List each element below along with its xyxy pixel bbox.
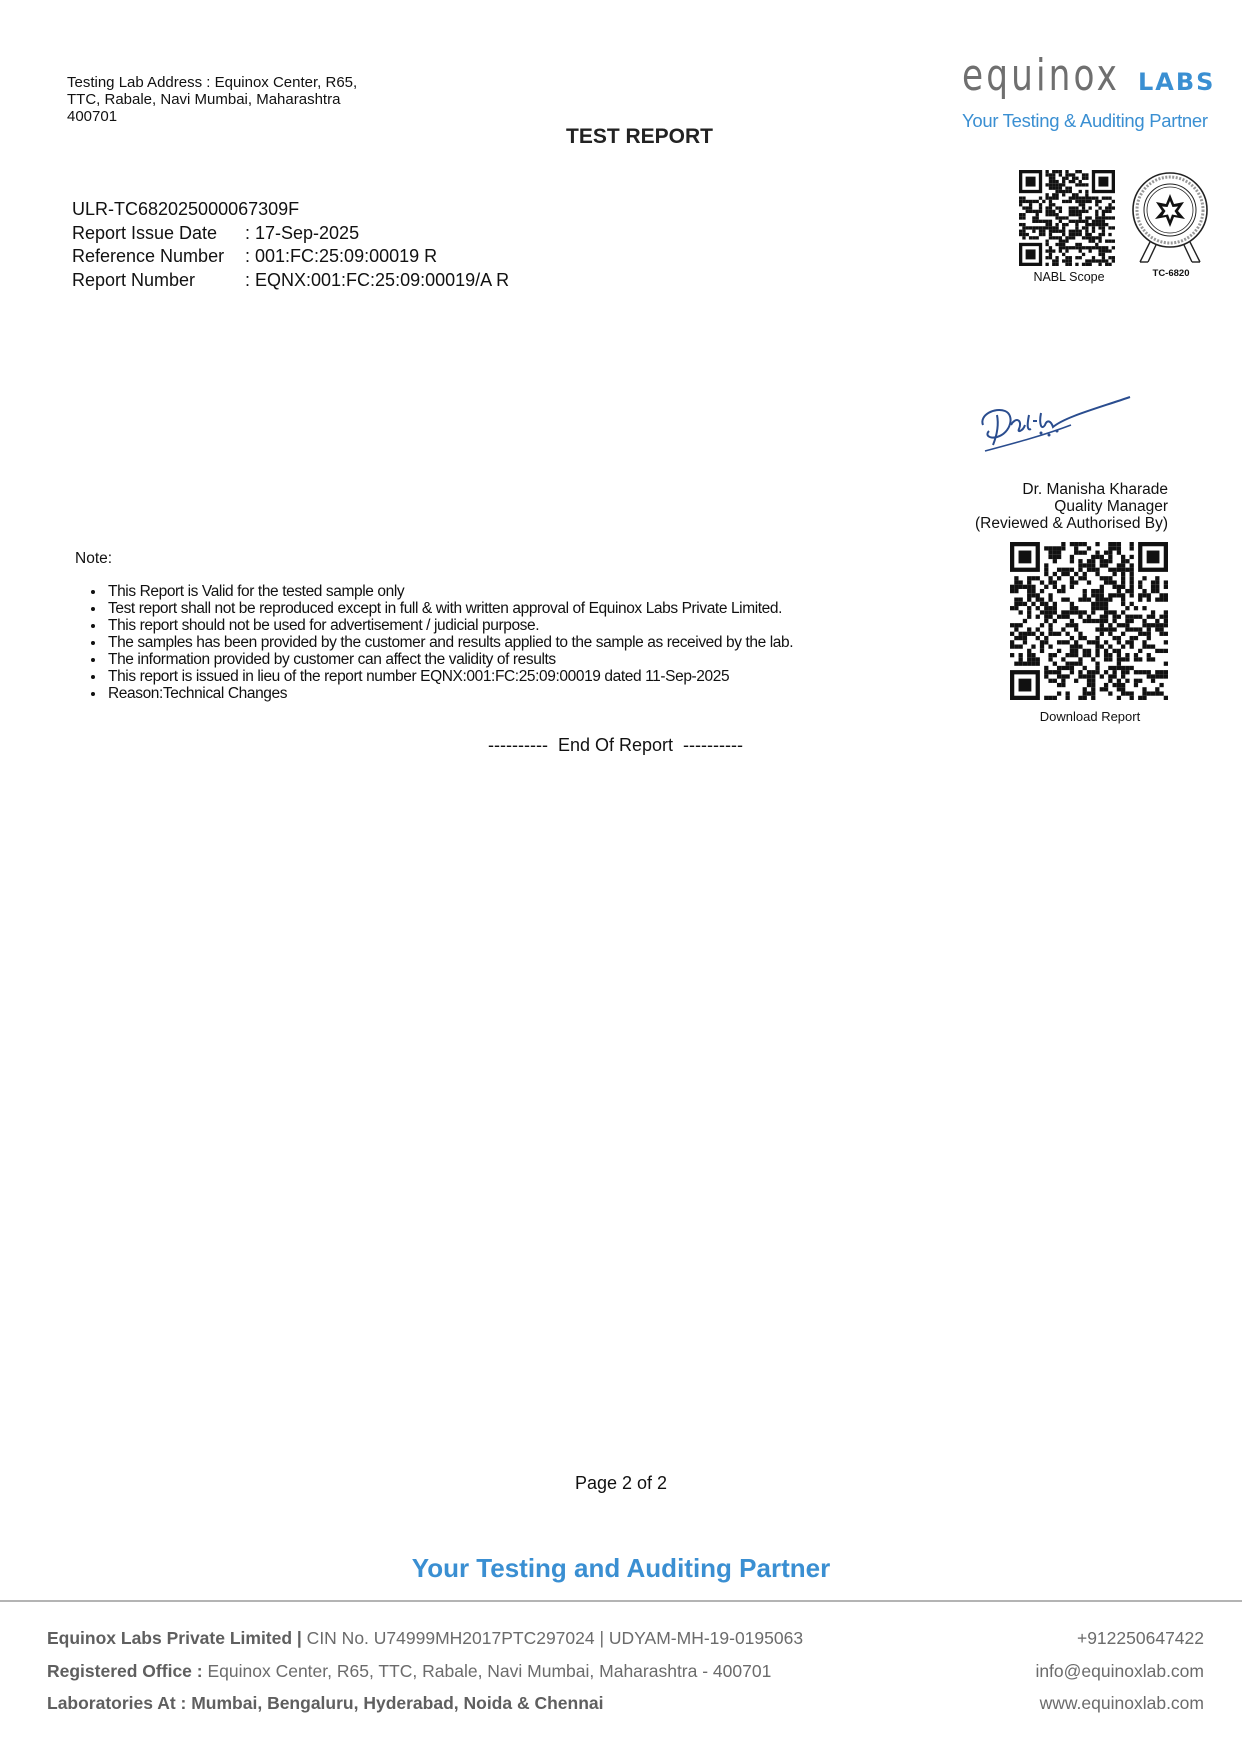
footer-divider — [0, 1600, 1242, 1602]
lab-address: Testing Lab Address : Equinox Center, R6… — [67, 74, 397, 125]
logo-labs: LABS — [1138, 68, 1215, 96]
footer-contact: +912250647422 info@equinoxlab.com www.eq… — [1035, 1622, 1204, 1720]
page-number: Page 2 of 2 — [0, 1473, 1242, 1494]
page-title: TEST REPORT — [566, 125, 713, 149]
note-item: This Report is Valid for the tested samp… — [106, 583, 793, 600]
footer-company-info: Equinox Labs Private Limited | CIN No. U… — [47, 1622, 803, 1720]
footer-tagline: Your Testing and Auditing Partner — [0, 1553, 1242, 1584]
logo-tagline: Your Testing & Auditing Partner — [962, 110, 1208, 132]
meta-row-reference-number: Reference Number : 001:FC:25:09:00019 R — [72, 245, 509, 269]
footer-company-line: Equinox Labs Private Limited | CIN No. U… — [47, 1622, 803, 1655]
nabl-seal-icon — [1128, 170, 1212, 266]
signatory-name: Dr. Manisha Kharade — [975, 481, 1168, 498]
notes-list: This Report is Valid for the tested samp… — [86, 583, 793, 702]
meta-row-issue-date: Report Issue Date : 17-Sep-2025 — [72, 222, 509, 246]
meta-label: Reference Number — [72, 245, 245, 269]
footer-labs-line: Laboratories At : Mumbai, Bengaluru, Hyd… — [47, 1687, 803, 1720]
office-label: Registered Office : — [47, 1661, 203, 1681]
signatory-designation: Quality Manager — [975, 498, 1168, 515]
download-report-qr-icon[interactable] — [1010, 542, 1168, 700]
footer-phone[interactable]: +912250647422 — [1035, 1622, 1204, 1655]
note-label: Note: — [75, 550, 112, 568]
meta-value: : EQNX:001:FC:25:09:00019/A R — [245, 269, 509, 293]
lab-address-line: Testing Lab Address : Equinox Center, R6… — [67, 74, 397, 91]
lab-address-line: TTC, Rabale, Navi Mumbai, Maharashtra — [67, 91, 397, 108]
note-item: Reason:Technical Changes — [106, 685, 793, 702]
meta-label: Report Number — [72, 269, 245, 293]
note-item: This report should not be used for adver… — [106, 617, 793, 634]
end-of-report: ---------- End Of Report ---------- — [488, 735, 743, 756]
accreditation-code: TC-6820 — [1128, 268, 1214, 279]
meta-value: : 001:FC:25:09:00019 R — [245, 245, 437, 269]
meta-row-report-number: Report Number : EQNX:001:FC:25:09:00019/… — [72, 269, 509, 293]
logo-wordmark: equinox — [962, 50, 1120, 101]
download-report-caption: Download Report — [1010, 709, 1170, 724]
company-name: Equinox Labs Private Limited | — [47, 1628, 302, 1648]
note-item: Test report shall not be reproduced exce… — [106, 600, 793, 617]
report-meta: ULR-TC682025000067309F Report Issue Date… — [72, 198, 509, 292]
footer-website[interactable]: www.equinoxlab.com — [1035, 1687, 1204, 1720]
meta-value: : 17-Sep-2025 — [245, 222, 359, 246]
nabl-scope-caption: NABL Scope — [1019, 270, 1119, 284]
note-item: The samples has been provided by the cus… — [106, 634, 793, 651]
laboratories: Laboratories At : Mumbai, Bengaluru, Hyd… — [47, 1693, 604, 1713]
nabl-scope-qr-icon[interactable] — [1019, 170, 1115, 266]
equinox-labs-logo: equinox LABS Your Testing & Auditing Par… — [960, 44, 1232, 140]
company-ids: CIN No. U74999MH2017PTC297024 | UDYAM-MH… — [302, 1628, 803, 1648]
signatory-block: Dr. Manisha Kharade Quality Manager (Rev… — [975, 481, 1168, 532]
signature-icon — [975, 385, 1135, 455]
lab-address-line: 400701 — [67, 108, 397, 125]
note-item: This report is issued in lieu of the rep… — [106, 668, 793, 685]
meta-label: Report Issue Date — [72, 222, 245, 246]
office-address: Equinox Center, R65, TTC, Rabale, Navi M… — [203, 1661, 772, 1681]
note-item: The information provided by customer can… — [106, 651, 793, 668]
ulr-number: ULR-TC682025000067309F — [72, 198, 509, 222]
footer-office-line: Registered Office : Equinox Center, R65,… — [47, 1655, 803, 1688]
footer-email[interactable]: info@equinoxlab.com — [1035, 1655, 1204, 1688]
signatory-role: (Reviewed & Authorised By) — [975, 515, 1168, 532]
